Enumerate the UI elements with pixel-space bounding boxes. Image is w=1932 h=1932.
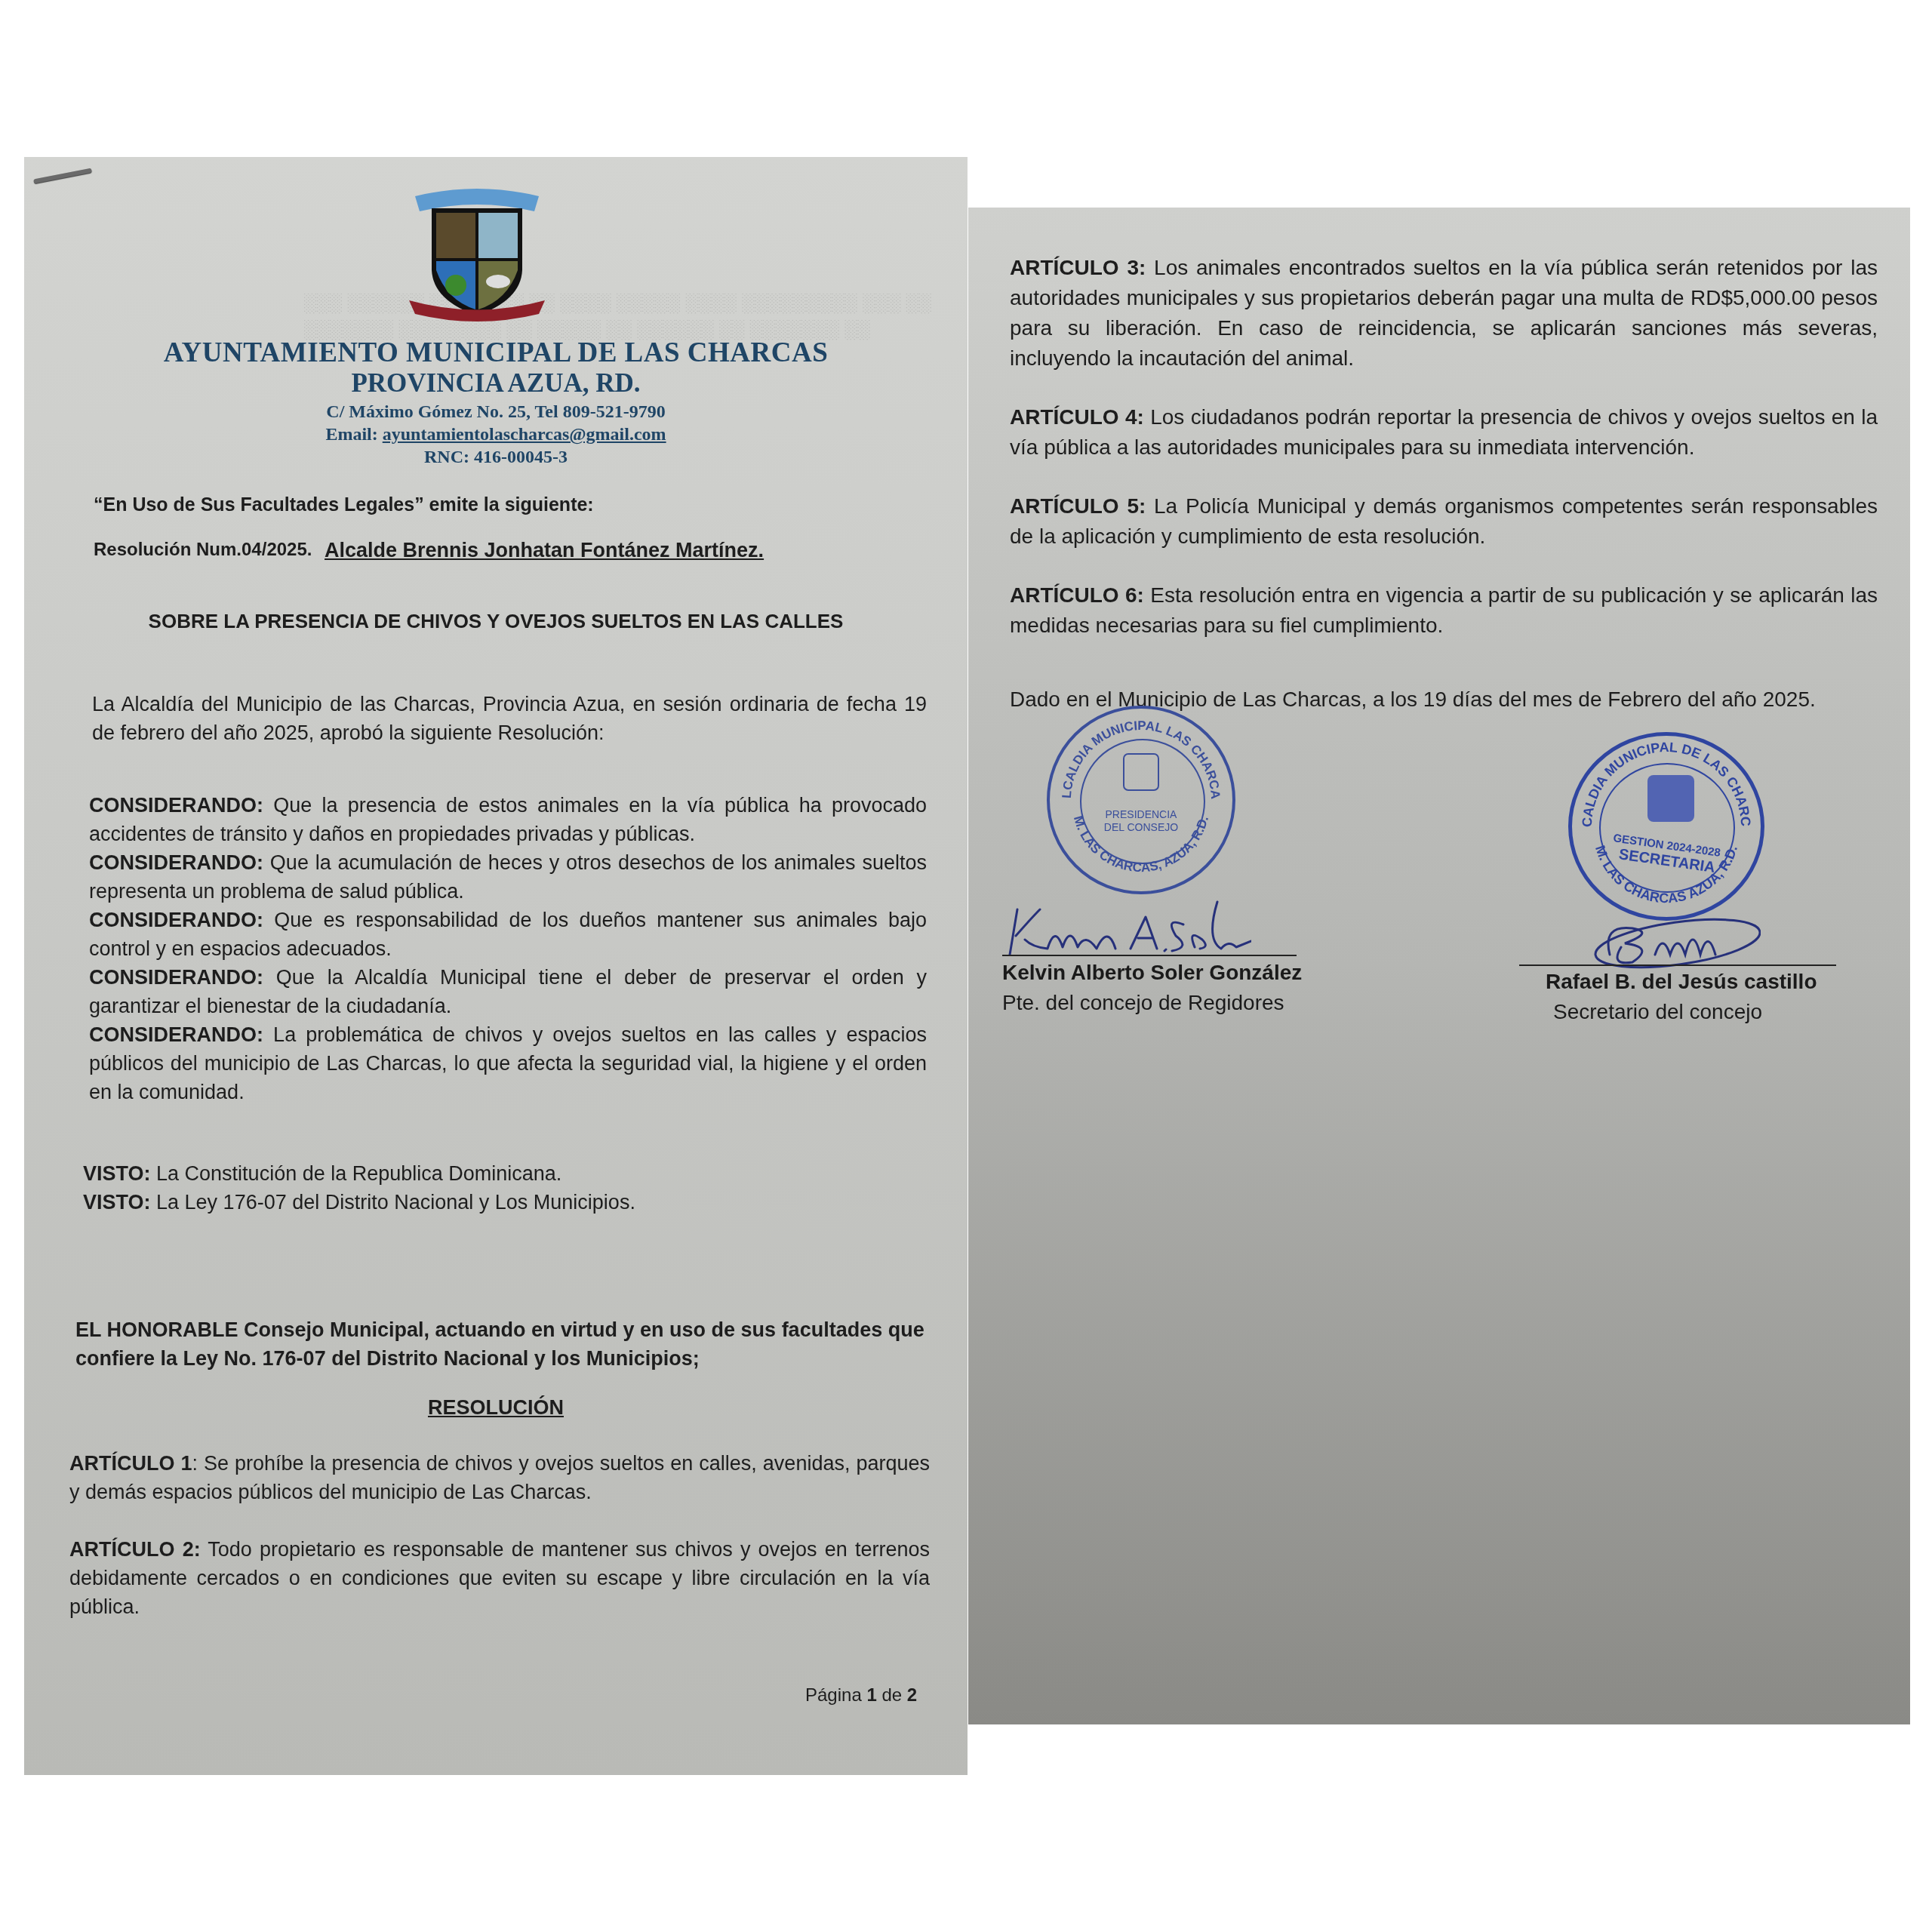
total-pages: 2 [907,1685,917,1706]
current-page: 1 [866,1685,876,1706]
considerando-item: CONSIDERANDO: Que la Alcaldía Municipal … [89,963,927,1020]
considerando-item-label: CONSIDERANDO: [89,851,263,874]
page-number: Página 1 de 2 [805,1681,917,1710]
intro-paragraph: La Alcaldía del Municipio de las Charcas… [92,690,927,747]
considerando-item-label: CONSIDERANDO: [89,1023,263,1046]
considerando-item: CONSIDERANDO: Que es responsabilidad de … [89,906,927,963]
svg-text:DEL CONSEJO: DEL CONSEJO [1104,821,1178,833]
considerando-item: CONSIDERANDO: La problemática de chivos … [89,1020,927,1106]
considerando-item-label: CONSIDERANDO: [89,794,263,817]
signatory-name: Kelvin Alberto Soler González [1002,961,1302,985]
article-item-label: ARTÍCULO 4: [1010,405,1144,429]
email-link[interactable]: ayuntamientolascharcas@gmail.com [383,425,666,445]
visto-item-label: VISTO: [83,1162,151,1185]
document-page-2: ARTÍCULO 3: Los animales encontrados sue… [968,208,1910,1724]
org-name: AYUNTAMIENTO MUNICIPAL DE LAS CHARCAS [24,337,968,369]
considerandos-list: CONSIDERANDO: Que la presencia de estos … [89,791,927,1106]
considerando-item-label: CONSIDERANDO: [89,909,263,931]
visto-item: VISTO: La Constitución de la Republica D… [83,1159,921,1188]
mayor-name: Alcalde Brennis Jonhatan Fontánez Martín… [325,536,764,565]
email-line: Email: ayuntamientolascharcas@gmail.com [24,425,968,445]
article-item: ARTÍCULO 4: Los ciudadanos podrán report… [1010,402,1878,463]
considerando-item-label: CONSIDERANDO: [89,966,263,989]
article-item-label: ARTÍCULO 2: [69,1538,201,1561]
article-item-text: : Se prohíbe la presencia de chivos y ov… [69,1452,930,1503]
address: C/ Máximo Gómez No. 25, Tel 809-521-9790 [24,402,968,423]
visto-item-text: La Ley 176-07 del Distrito Nacional y Lo… [156,1191,635,1214]
stamp-secretaria-icon: ALCALDIA MUNICIPAL DE LAS CHARCAS M. LAS… [1568,732,1764,921]
svg-text:PRESIDENCIA: PRESIDENCIA [1106,808,1178,820]
visto-item: VISTO: La Ley 176-07 del Distrito Nacion… [83,1188,921,1217]
rnc: RNC: 416-00045-3 [24,448,968,468]
vistos-list: VISTO: La Constitución de la Republica D… [83,1159,921,1217]
council-statement: EL HONORABLE Consejo Municipal, actuando… [75,1315,928,1373]
articles-page-2: ARTÍCULO 3: Los animales encontrados sue… [1010,253,1878,669]
bleed-through-text: ░░░ ░░░░░░ ░░░░ ░░░ ░░ ░░░░ ░░░░░ ░░░░ ░… [303,293,931,314]
email-label: Email: [325,425,377,445]
staple-mark [33,168,92,184]
province: PROVINCIA AZUA, RD. [24,368,968,398]
coat-of-arms-icon [401,180,552,323]
stamp-presidencia-icon: ALCALDIA MUNICIPAL LAS CHARCAS M. LAS CH… [1047,706,1235,894]
articles-page-1: ARTÍCULO 1: Se prohíbe la presencia de c… [69,1449,930,1650]
considerando-item: CONSIDERANDO: Que la presencia de estos … [89,791,927,848]
document-page-1: ░░░ ░░░░░░ ░░░░ ░░░ ░░ ░░░░ ░░░░░ ░░░░ ░… [24,157,968,1775]
article-item-label: ARTÍCULO 5: [1010,494,1146,518]
article-item: ARTÍCULO 3: Los animales encontrados sue… [1010,253,1878,374]
visto-item-text: La Constitución de la Republica Dominica… [156,1162,561,1185]
resolution-heading: RESOLUCIÓN [24,1393,968,1422]
signature-kelvin-icon [1002,894,1251,962]
article-item-label: ARTÍCULO 1 [69,1452,192,1475]
article-item: ARTÍCULO 6: Esta resolución entra en vig… [1010,580,1878,641]
preamble: “En Uso de Sus Facultades Legales” emite… [94,491,594,519]
article-item: ARTÍCULO 1: Se prohíbe la presencia de c… [69,1449,930,1506]
article-item-label: ARTÍCULO 3: [1010,256,1146,279]
visto-item-label: VISTO: [83,1191,151,1214]
resolution-number: Resolución Num.04/2025. [94,536,312,565]
signatory-name: Rafael B. del Jesús castillo [1546,970,1817,994]
article-item-label: ARTÍCULO 6: [1010,583,1144,607]
signatory-role: Pte. del concejo de Regidores [1002,991,1284,1015]
considerando-item: CONSIDERANDO: Que la acumulación de hece… [89,848,927,906]
article-item: ARTÍCULO 5: La Policía Municipal y demás… [1010,491,1878,552]
signatory-role: Secretario del concejo [1553,1000,1762,1024]
resolution-subject: SOBRE LA PRESENCIA DE CHIVOS Y OVEJOS SU… [24,607,968,635]
signature-line [1002,955,1297,956]
signature-line [1519,964,1836,966]
article-item: ARTÍCULO 2: Todo propietario es responsa… [69,1535,930,1621]
